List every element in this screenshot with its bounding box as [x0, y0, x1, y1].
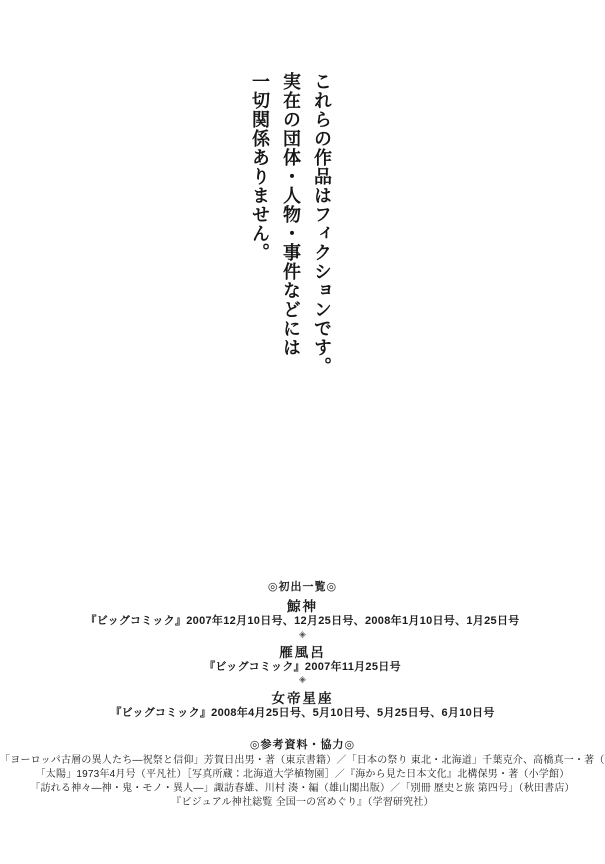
- work-issues-kujiragami: 『ビッグコミック』2007年12月10日号、12月25日号、2008年1月10日…: [0, 612, 605, 628]
- fiction-disclaimer: これらの作品はフィクションです。 実在の団体・人物・事件などには 一切関係ありま…: [244, 72, 337, 382]
- diamond-separator-icon: ◈: [0, 629, 605, 640]
- reference-line-1: 「ヨーロッパ古層の異人たち―祝祭と信仰」芳賀日出男・著（東京書籍）／「日本の祭り…: [0, 751, 605, 766]
- book-colophon-page: これらの作品はフィクションです。 実在の団体・人物・事件などには 一切関係ありま…: [0, 0, 605, 864]
- disclaimer-line-1: これらの作品はフィクションです。: [306, 72, 337, 382]
- reference-line-4: 『ビジュアル神社総覧 全国一の宮めぐり』（学習研究社）: [0, 793, 605, 808]
- work-issues-ganburo: 『ビッグコミック』2007年11月25日号: [0, 658, 605, 674]
- reference-line-3: 「訪れる神々―神・鬼・モノ・異人―」諏訪春雄、川村 湊・編（雄山閣出版）／「別冊…: [0, 779, 605, 794]
- reference-line-2: 「太陽」1973年4月号（平凡社）［写真所蔵：北海道大学植物園］／『海から見た日…: [0, 765, 605, 780]
- diamond-separator-icon: ◈: [0, 674, 605, 685]
- first-publication-heading: ◎初出一覧◎: [0, 578, 605, 594]
- work-issues-joteiseiza: 『ビッグコミック』2008年4月25日号、5月10日号、5月25日号、6月10日…: [0, 704, 605, 720]
- disclaimer-line-3: 一切関係ありません。: [244, 72, 275, 382]
- disclaimer-line-2: 実在の団体・人物・事件などには: [275, 72, 306, 382]
- references-heading: ◎参考資料・協力◎: [0, 736, 605, 752]
